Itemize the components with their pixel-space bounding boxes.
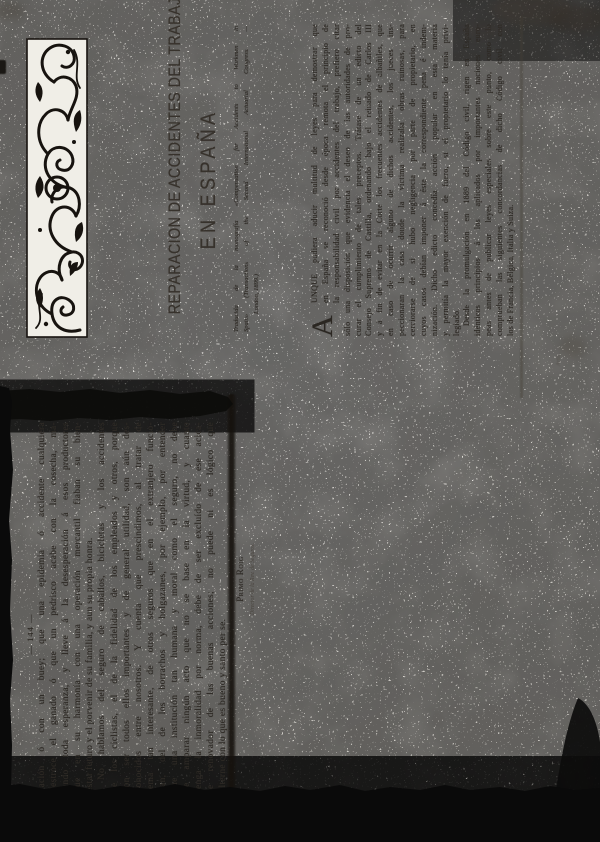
text-line: peas antes de publicar leyes especiales … <box>484 24 495 336</box>
text-line: cuyos casos debían imponer á éste la cor… <box>419 24 430 336</box>
note-line: London, 1899.) <box>252 26 262 332</box>
text-line: destroce el ganado ó que un pedrisco aca… <box>48 422 60 792</box>
text-line: los de Francia, Bélgica, Italia y Suiza. <box>506 24 517 336</box>
interpage-shadow-band <box>0 389 233 421</box>
faint-margin-mark: Artíc. <box>556 326 562 366</box>
text-line: cación ó con un buey; que una epidemia ó… <box>36 422 48 792</box>
ornamental-headpiece <box>26 38 88 338</box>
page-number: — 144 — <box>25 474 35 794</box>
page-145-article-start: REPARACION DE ACCIDENTES DEL TRABAJO EN … <box>18 18 518 340</box>
text-line: tema tan interesante, de otros seguros q… <box>145 422 157 792</box>
text-line: nan, del de los borrachos y holgazanes, … <box>157 422 169 792</box>
text-line: Desde la promulgación en 1889 del Código… <box>462 24 473 336</box>
scan-smudge <box>560 336 586 358</box>
note-line: Traducida de la monografía «Compensation… <box>232 26 242 332</box>
scan-edge-mark <box>0 60 6 74</box>
text-line: tenga la inmoralidad por norma, debe de … <box>193 422 205 792</box>
scan-smudge <box>548 6 600 32</box>
scanned-book-spread: { "page_right": { "title_line1": "REPARA… <box>0 0 600 842</box>
text-line: te renovador de las buenas acciones; no … <box>205 422 217 792</box>
text-line: cerciorarse de si hubo negligencia por p… <box>408 24 419 336</box>
text-line: la responsabilidad civil por accidentes … <box>332 24 343 336</box>
text-line: en España se reconoció desde época remot… <box>321 24 332 336</box>
text-line: comprueban las siguientes concordancias … <box>495 24 506 336</box>
text-line: con ser todos ellos importantes y de gen… <box>121 422 133 792</box>
text-line: que en su harmonía con una operación mer… <box>72 422 84 792</box>
page-body-text: cación ó con un buey; que una epidemia ó… <box>36 422 230 792</box>
bottom-right-blotch <box>556 698 600 792</box>
text-line: curar el cumplimiento de tales preceptos… <box>354 24 365 336</box>
page-gutter-shadow <box>227 394 236 790</box>
text-line: Consejo Supremo de Castilla, ordenando b… <box>364 24 375 336</box>
article-subtitle: EN ESPAÑA <box>197 41 221 318</box>
text-line: peccionaran la casa donde la víctima rea… <box>397 24 408 336</box>
text-line: tando toda esperanza, y lleve á la deses… <box>60 422 72 792</box>
text-line: No hablamos del seguro de caballos, bici… <box>96 422 108 792</box>
page-crease-line <box>520 16 523 398</box>
left-edge-strip <box>0 386 13 792</box>
text-line: nización. Dicho edicto concedía acción p… <box>430 24 441 336</box>
article-body-text: UNQUE pudiera aducir multitud de leyes p… <box>310 24 517 336</box>
text-line: sólo una disposición que evidencia el de… <box>343 24 354 336</box>
note-line: Spain» (Transactions of the Second Inter… <box>242 26 252 332</box>
author-signature-role: Director de la Rev. de Seguros. <box>250 514 256 644</box>
article-title: REPARACION DE ACCIDENTES DEL TRABAJO <box>165 44 185 314</box>
text-line: estar futuro y el porvenir de su familia… <box>84 422 96 792</box>
text-line: que una institución tan humana y moral c… <box>169 422 181 792</box>
text-line: en caso de ocurrir alguno de dichos acci… <box>386 24 397 336</box>
text-line: idénticos principios á los aplicados por… <box>473 24 484 336</box>
scan-smudge <box>462 22 508 38</box>
translation-note: Traducida de la monografía «Compensation… <box>232 26 261 332</box>
text-line: de amparar ningún acto que no se base en… <box>181 422 193 792</box>
text-line: conocidos entre nosotros. Y cuenta que p… <box>133 422 145 792</box>
text-line: y á fin de evitar en la Corte los frecue… <box>375 24 386 336</box>
text-line: y permitía la mayor exención de fuero, s… <box>441 24 452 336</box>
text-line: de los ciclistas, el de la fidelidad de … <box>109 422 121 792</box>
text-line: legiado. <box>452 24 463 336</box>
text-line: UNQUE pudiera aducir multitud de leyes p… <box>310 24 321 336</box>
author-signature: Primo Roig <box>235 534 245 624</box>
